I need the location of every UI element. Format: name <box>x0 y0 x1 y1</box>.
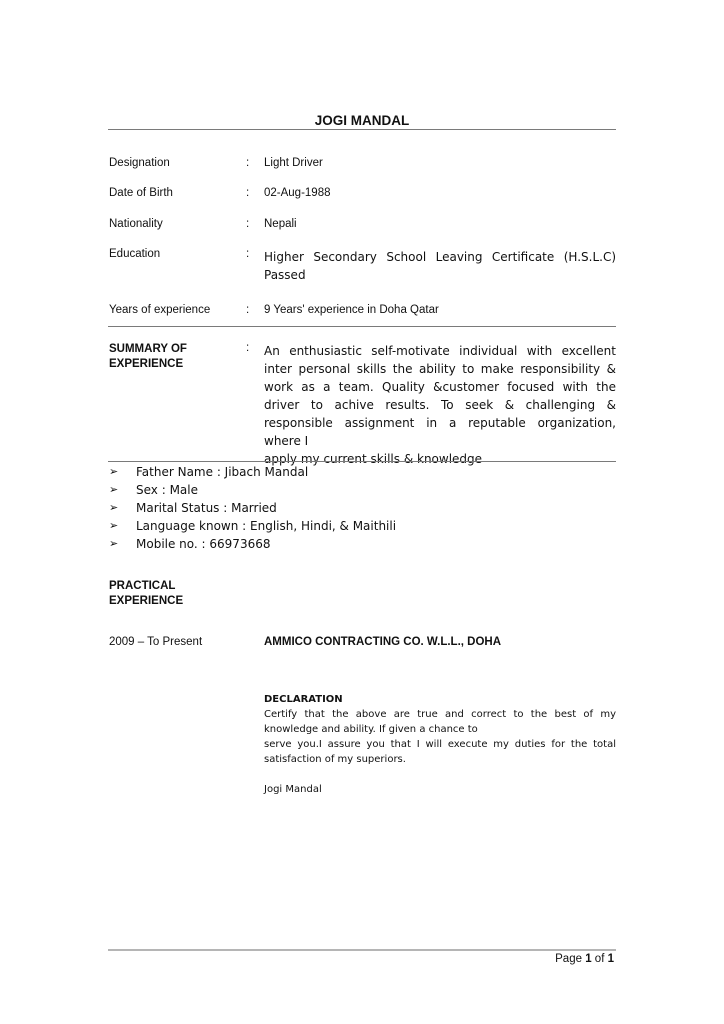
practical-heading-line-1: PRACTICAL <box>109 579 183 594</box>
detail-value: Light Driver <box>264 157 616 169</box>
summary-heading-line-2: EXPERIENCE <box>109 357 187 372</box>
arrow-bullet-icon: ➢ <box>109 481 136 499</box>
list-item: ➢Father Name : Jibach Mandal <box>109 463 396 481</box>
summary-divider <box>108 461 616 462</box>
resume-page: JOGI MANDAL Designation : Light Driver D… <box>0 0 724 1024</box>
arrow-bullet-icon: ➢ <box>109 517 136 535</box>
resume-name-title: JOGI MANDAL <box>108 113 616 128</box>
detail-label: Date of Birth <box>109 187 173 199</box>
summary-heading-line-1: SUMMARY OF <box>109 342 187 357</box>
list-item: ➢Language known : English, Hindi, & Mait… <box>109 517 396 535</box>
summary-text: An enthusiastic self-motivate individual… <box>264 342 616 468</box>
page-current: 1 <box>585 953 591 965</box>
declaration-heading: DECLARATION <box>264 692 616 707</box>
list-item-text: Mobile no. : 66973668 <box>136 535 270 553</box>
practical-heading-line-2: EXPERIENCE <box>109 594 183 609</box>
education-line-2: Passed <box>264 268 306 282</box>
arrow-bullet-icon: ➢ <box>109 535 136 553</box>
page-number: Page 1 of 1 <box>555 953 614 965</box>
arrow-bullet-icon: ➢ <box>109 499 136 517</box>
details-divider <box>108 326 616 327</box>
detail-label: Education <box>109 248 160 260</box>
detail-separator: : <box>246 304 249 316</box>
detail-separator: : <box>246 157 249 169</box>
detail-separator: : <box>246 248 249 260</box>
education-line-1: Higher Secondary School Leaving Certific… <box>264 248 616 266</box>
detail-separator: : <box>246 187 249 199</box>
summary-separator: : <box>246 342 249 354</box>
list-item-text: Marital Status : Married <box>136 499 277 517</box>
list-item-text: Sex : Male <box>136 481 198 499</box>
detail-value: 02-Aug-1988 <box>264 187 616 199</box>
page-of: of <box>595 953 605 965</box>
list-item: ➢Marital Status : Married <box>109 499 396 517</box>
title-divider <box>108 129 616 130</box>
detail-value: Higher Secondary School Leaving Certific… <box>264 248 616 284</box>
job-period: 2009 – To Present <box>109 636 202 648</box>
arrow-bullet-icon: ➢ <box>109 463 136 481</box>
detail-label: Designation <box>109 157 170 169</box>
job-company: AMMICO CONTRACTING CO. W.L.L., DOHA <box>264 636 501 648</box>
page-prefix: Page <box>555 953 582 965</box>
practical-experience-heading: PRACTICAL EXPERIENCE <box>109 579 183 609</box>
page-total: 1 <box>608 953 614 965</box>
list-item-text: Father Name : Jibach Mandal <box>136 463 308 481</box>
detail-label: Years of experience <box>109 304 210 316</box>
summary-paragraph: An enthusiastic self-motivate individual… <box>264 342 616 450</box>
detail-value: 9 Years' experience in Doha Qatar <box>264 304 616 316</box>
declaration-line-2: serve you.I assure you that I will execu… <box>264 737 616 767</box>
detail-label: Nationality <box>109 218 163 230</box>
declaration-signature: Jogi Mandal <box>264 782 616 797</box>
declaration-line-1: Certify that the above are true and corr… <box>264 707 616 737</box>
list-item: ➢Mobile no. : 66973668 <box>109 535 396 553</box>
list-item-text: Language known : English, Hindi, & Maith… <box>136 517 396 535</box>
footer-divider <box>108 949 616 951</box>
detail-value: Nepali <box>264 218 616 230</box>
personal-info-list: ➢Father Name : Jibach Mandal ➢Sex : Male… <box>109 463 396 553</box>
detail-separator: : <box>246 218 249 230</box>
summary-heading: SUMMARY OF EXPERIENCE <box>109 342 187 372</box>
list-item: ➢Sex : Male <box>109 481 396 499</box>
declaration-section: DECLARATION Certify that the above are t… <box>264 692 616 797</box>
